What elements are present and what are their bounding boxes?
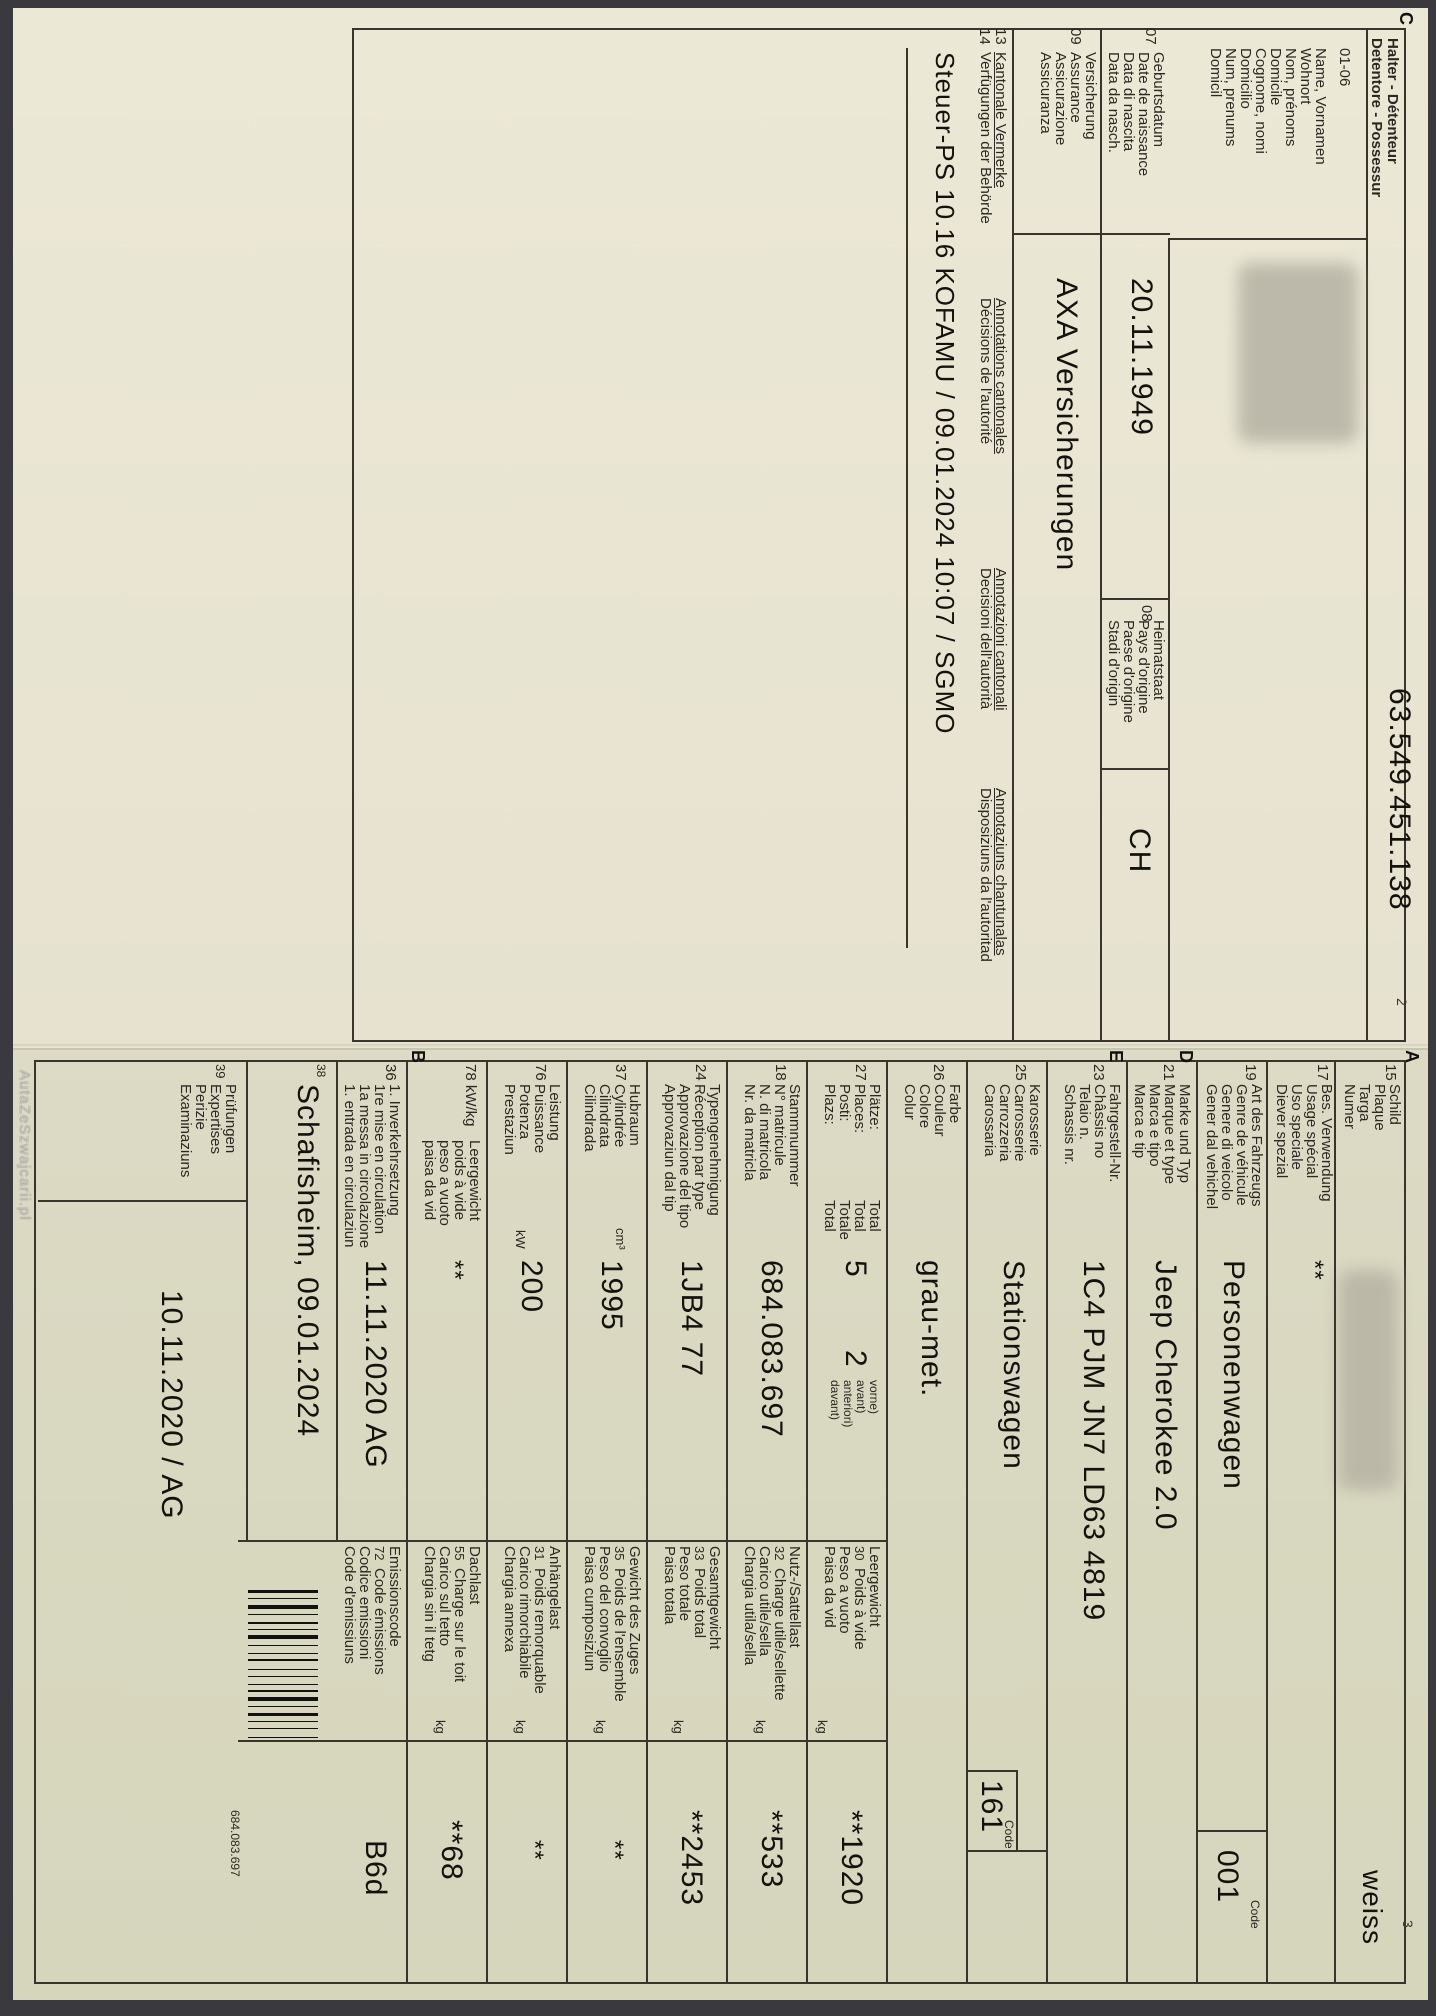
- label: Emissionscode: [387, 1546, 402, 1675]
- plate-color-value: weiss: [1356, 1870, 1388, 1945]
- total-weight-value: **2453: [674, 1810, 708, 1906]
- label: Nutz-/Sattellast: [787, 1546, 802, 1701]
- label: Gewicht des Zuges: [627, 1546, 642, 1702]
- body-labels: Karosserie Carrosserie Carrozzeria Caros…: [982, 1084, 1042, 1162]
- label: Bes. Verwendung: [1319, 1084, 1334, 1202]
- field-27-number: 27: [853, 1064, 868, 1081]
- field-78-label: 78 kW/kg: [463, 1064, 478, 1127]
- label: Date de naissance: [1136, 52, 1151, 176]
- trailer-load-labels: Anhängelast 31Poids remorquable Carico r…: [502, 1546, 562, 1694]
- first-registration-value: 11.11.2020 AG: [358, 1260, 392, 1469]
- label: Num, prenums: [1223, 48, 1238, 165]
- label: Telaio n.: [1077, 1084, 1092, 1182]
- label: Carico rimorchiabile: [517, 1546, 532, 1694]
- label: Prestaziun: [502, 1084, 517, 1155]
- divider: [1168, 238, 1368, 240]
- watermark: AutaZeSzwajcarii.pl: [16, 1070, 33, 1221]
- divider: [1046, 1060, 1048, 1982]
- label: Assicuranza: [1038, 52, 1053, 145]
- label: N° matricule: [772, 1084, 787, 1187]
- label: Cylindrée: [612, 1084, 627, 1152]
- vehicle-kind-code: 001: [1210, 1850, 1244, 1903]
- label: avant): [854, 1380, 867, 1427]
- label: 30Poids à vide: [852, 1546, 867, 1650]
- roof-load-value: **68: [434, 1820, 468, 1881]
- label: peso a vuoto: [437, 1140, 452, 1226]
- divider: [726, 1060, 728, 1982]
- field-25-number: 25: [1013, 1064, 1028, 1081]
- label: Marca e tipo: [1147, 1084, 1162, 1184]
- holder-frame: [352, 28, 1406, 1042]
- displacement-labels: Hubraum Cylindrée Cilindrata Cilindrada: [582, 1084, 642, 1152]
- insurance-value: AXA Versicherungen: [1049, 278, 1083, 571]
- cantonal-annotation-value: Steuer-PS 10.16 KOFAMU / 09.01.2024 10:0…: [929, 52, 960, 734]
- label: Total: [852, 1200, 867, 1240]
- matricule-value: 684.083.697: [754, 1260, 788, 1438]
- label: Expertises: [208, 1084, 223, 1177]
- label: Domicile: [1268, 48, 1283, 165]
- divider: [1012, 28, 1014, 1040]
- label: Chargia sin il tetg: [422, 1546, 437, 1682]
- divider: [966, 1770, 1018, 1772]
- label: Chargia annexa: [502, 1546, 517, 1694]
- label: Approvazione del tipo: [677, 1084, 692, 1228]
- section-letter-a: A: [1401, 1050, 1422, 1063]
- unit-kg: kg: [593, 1720, 608, 1734]
- redacted-holder-name: [1238, 263, 1358, 443]
- unit-kg: kg: [433, 1720, 448, 1734]
- label: Carico utile/sella: [757, 1546, 772, 1701]
- label: Art des Fahrzeugs: [1249, 1084, 1264, 1209]
- label: 1. entrada en circulaziun: [342, 1084, 357, 1248]
- field-24-number: 24: [693, 1064, 708, 1081]
- divider: [1196, 1060, 1198, 1982]
- unit-kg: kg: [513, 1720, 528, 1734]
- header-holder-it: Detentore - Possessur: [1369, 38, 1384, 197]
- code-label: Code: [1247, 1900, 1262, 1929]
- label: Paisa totala: [662, 1546, 677, 1649]
- place-date-value: Schafisheim, 09.01.2024: [290, 1084, 324, 1437]
- label: Fahrgestell-Nr.: [1107, 1084, 1122, 1182]
- label: Code d'emissiuns: [342, 1546, 357, 1675]
- body-code: 161: [974, 1780, 1008, 1833]
- divider: [646, 1060, 648, 1982]
- cantonal-label-it: Annotazioni cantonali Decisioni dell'aut…: [978, 568, 1008, 711]
- barcode: [248, 1590, 318, 1741]
- unit-cm3: cm³: [613, 1228, 628, 1250]
- payload-labels: Nutz-/Sattellast 32Charge utile/sellette…: [742, 1546, 802, 1701]
- label: Marque et type: [1162, 1084, 1177, 1184]
- label: Carico sul tetto: [437, 1546, 452, 1682]
- payload-value: **533: [754, 1810, 788, 1888]
- section-letter-b: B: [407, 1050, 428, 1063]
- body-value: Stationswagen: [996, 1260, 1030, 1470]
- label: Wohnort: [1298, 48, 1313, 165]
- label: Carrozzeria: [997, 1084, 1012, 1162]
- insurance-labels: Versicherung Assurance Assicurazione Ass…: [1038, 52, 1098, 145]
- label: Paese d'origine: [1121, 620, 1136, 723]
- label: Plazs:: [822, 1084, 837, 1133]
- label: 72Code émissions: [372, 1546, 387, 1675]
- special-use-labels: Bes. Verwendung Usage spécial Uso specia…: [1274, 1084, 1334, 1202]
- divider: [246, 1060, 248, 1540]
- label: Plätze:: [867, 1084, 882, 1133]
- label: Marke und Typ: [1177, 1084, 1192, 1184]
- cantonal-label-de: Kantonale Vermerke Verfügungen der Behör…: [978, 52, 1008, 224]
- label: Carossaria: [982, 1084, 997, 1162]
- field-09-number: 09: [1068, 28, 1083, 45]
- label: Nom, prénoms: [1283, 48, 1298, 165]
- divider: [1100, 233, 1170, 235]
- label: Paisa da vid: [822, 1546, 837, 1650]
- label: Geburtsdatum: [1151, 52, 1166, 176]
- label: Genre de véhicule: [1234, 1084, 1249, 1209]
- label: Targa: [1357, 1084, 1372, 1131]
- label: Couleur: [932, 1084, 947, 1137]
- field-21-number: 21: [1161, 1064, 1176, 1081]
- label: paisa da vid: [422, 1140, 437, 1226]
- label: Assicurazione: [1053, 52, 1068, 145]
- label: 35Poids de l'ensemble: [612, 1546, 627, 1702]
- divider: [1100, 28, 1102, 1040]
- label: Plaque: [1372, 1084, 1387, 1131]
- label: Total: [867, 1200, 882, 1240]
- label: Peso a vuoto: [837, 1546, 852, 1650]
- label: Stadi d'origin: [1106, 620, 1121, 723]
- unit-kg: kg: [815, 1720, 830, 1734]
- label: Cognome, nomi: [1253, 48, 1268, 165]
- label: Anhängelast: [547, 1546, 562, 1694]
- label: Cilindrata: [597, 1084, 612, 1152]
- field-38-number: 38: [313, 1064, 328, 1077]
- label: Colore: [917, 1084, 932, 1137]
- birth-labels: Geburtsdatum Date de naissance Data di n…: [1106, 52, 1166, 176]
- label: Codice emissioni: [357, 1546, 372, 1675]
- label: 31Poids remorquable: [532, 1546, 547, 1694]
- seats-total-value: 5: [838, 1260, 872, 1278]
- label: Name, Vornamen: [1313, 48, 1328, 165]
- signature-line: [906, 48, 908, 948]
- section-letter-d: D: [1175, 1050, 1196, 1063]
- first-registration-labels: 1. Inverkehrsetzung 1re mise en circulat…: [342, 1084, 402, 1248]
- divider: [1100, 768, 1170, 770]
- kwkg-labels: Leergewicht poids à vide peso a vuoto pa…: [422, 1140, 482, 1226]
- field-19-number: 19: [1243, 1064, 1258, 1081]
- page-holder: 2 C Halter - Détenteur Detentore - Posse…: [13, 8, 1428, 1048]
- label: Heimatstaat: [1151, 620, 1166, 723]
- field-14-number: 14: [977, 28, 992, 45]
- label: Decisioni dell'autorità: [978, 568, 993, 711]
- label: Domicilio: [1238, 48, 1253, 165]
- emission-labels: Emissionscode 72Code émissions Codice em…: [342, 1546, 402, 1675]
- label: Hubraum: [627, 1084, 642, 1152]
- label: 1. Inverkehrsetzung: [387, 1084, 402, 1248]
- label: Dachlast: [467, 1546, 482, 1682]
- divider: [336, 1060, 338, 1540]
- label: Stammnummer: [787, 1084, 802, 1187]
- document-spread: 2 C Halter - Détenteur Detentore - Posse…: [0, 0, 1436, 2016]
- header-holder-de: Halter - Détenteur: [1385, 38, 1400, 164]
- divider: [1100, 598, 1170, 600]
- divider: [38, 1200, 248, 1202]
- label: 1re mise en circulation: [372, 1084, 387, 1248]
- label: Annotaziuns chantunalas: [993, 788, 1008, 962]
- label: Posti:: [837, 1084, 852, 1133]
- exam-value: 10.11.2020 / AG: [154, 1290, 188, 1520]
- label: Annotations cantonales: [993, 298, 1008, 454]
- label: Domicil: [1208, 48, 1223, 165]
- displacement-value: 1995: [594, 1260, 628, 1331]
- label: Versicherung: [1083, 52, 1098, 145]
- unit-kg: kg: [671, 1720, 686, 1734]
- label: Data da nasch.: [1106, 52, 1121, 176]
- train-weight-value: **: [600, 1840, 628, 1861]
- field-13-number: 13: [993, 28, 1008, 45]
- type-approval-labels: Typengenehmigung Réception par type Appr…: [662, 1084, 722, 1228]
- label: Annotazioni cantonali: [993, 568, 1008, 711]
- name-labels: Name, Vornamen Wohnort Nom, prénoms Domi…: [1208, 48, 1328, 165]
- divider: [886, 1060, 888, 1982]
- origin-labels: Heimatstaat Pays d'origine Paese d'origi…: [1106, 620, 1166, 723]
- cantonal-label-fr: Annotations cantonales Décisions de l'au…: [978, 298, 1008, 454]
- label: Potenza: [517, 1084, 532, 1155]
- label: Pays d'origine: [1136, 620, 1151, 723]
- color-value: grau-met.: [914, 1260, 948, 1397]
- field-37-number: 37: [613, 1064, 628, 1081]
- label: davant): [828, 1380, 841, 1427]
- field-23-number: 23: [1091, 1064, 1106, 1081]
- matricule-labels: Stammnummer N° matricule N. di matricola…: [742, 1084, 802, 1187]
- label: Gesamtgewicht: [707, 1546, 722, 1649]
- label: Karosserie: [1027, 1084, 1042, 1162]
- label: 32Charge utile/sellette: [772, 1546, 787, 1701]
- label: Chargia utila/sella: [742, 1546, 757, 1701]
- divider: [566, 1060, 568, 1982]
- field-01-06-number: 01-06: [1337, 48, 1352, 86]
- divider: [1168, 238, 1170, 1040]
- divider: [1016, 1770, 1018, 1850]
- page-vehicle: 3 A 15 Schild Plaque Targa Numer weiss 1…: [13, 1048, 1428, 2000]
- label: Assurance: [1068, 52, 1083, 145]
- label: Data di nascita: [1121, 52, 1136, 176]
- field-26-number: 26: [931, 1064, 946, 1081]
- type-approval-value: 1JB4 77: [674, 1260, 708, 1377]
- label: vorne): [867, 1380, 880, 1427]
- divider: [238, 1740, 888, 1742]
- field-39-number: 39: [213, 1064, 228, 1078]
- trailer-load-value: **: [520, 1840, 548, 1861]
- label: Paisa cumposiziun: [582, 1546, 597, 1702]
- power-value: 200: [514, 1260, 548, 1313]
- field-18-number: 18: [773, 1064, 788, 1081]
- field-17-number: 17: [1315, 1064, 1330, 1081]
- special-use-value: **: [1300, 1260, 1328, 1281]
- emission-code-value: B6d: [358, 1840, 392, 1896]
- label: Leergewicht: [467, 1140, 482, 1226]
- section-letter-c: C: [1395, 12, 1416, 25]
- divider: [1012, 233, 1102, 235]
- label: Approvaziun dal tip: [662, 1084, 677, 1228]
- roof-load-labels: Dachlast 55Charge sur le toit Carico sul…: [422, 1546, 482, 1682]
- label: Uso speciale: [1289, 1084, 1304, 1202]
- field-76-number: 76: [533, 1064, 548, 1081]
- label: Leistung: [547, 1084, 562, 1155]
- make-labels: Marke und Typ Marque et type Marca e tip…: [1132, 1084, 1192, 1184]
- label: Décisions de l'autorité: [978, 298, 993, 454]
- label: 55Charge sur le toit: [452, 1546, 467, 1682]
- label: Schild: [1387, 1084, 1402, 1131]
- seats-total-labels: Total Total Totale Total: [822, 1200, 882, 1240]
- barcode-number: 684.083.697: [227, 1810, 242, 1877]
- divider: [966, 1850, 1048, 1852]
- exam-labels: Prüfungen Expertises Perizie Examinaziun…: [178, 1084, 238, 1177]
- unit-kg: kg: [753, 1720, 768, 1734]
- label: Places:: [852, 1084, 867, 1133]
- label: Kantonale Vermerke: [993, 52, 1008, 224]
- vehicle-kind-value: Personenwagen: [1216, 1260, 1250, 1490]
- label: Verfügungen der Behörde: [978, 52, 993, 224]
- cantonal-label-rm: Annotaziuns chantunalas Disposiziuns da …: [978, 788, 1008, 962]
- label: Numer: [1342, 1084, 1357, 1131]
- label: Réception par type: [692, 1084, 707, 1228]
- color-labels: Farbe Couleur Colore Colur: [902, 1084, 962, 1137]
- train-weight-labels: Gewicht des Zuges 35Poids de l'ensemble …: [582, 1546, 642, 1702]
- divider: [406, 1060, 408, 1982]
- label: Genere di veicolo: [1219, 1084, 1234, 1209]
- vehicle-kind-labels: Art des Fahrzeugs Genre de véhicule Gene…: [1204, 1084, 1264, 1209]
- label: Leergewicht: [867, 1546, 882, 1650]
- seats-front-labels: vorne) avant) anteriori) davant): [828, 1380, 880, 1427]
- field-07-number: 07: [1143, 28, 1158, 45]
- label: Disposiziuns da l'autoritad: [978, 788, 993, 962]
- label: Farbe: [947, 1084, 962, 1137]
- label: Châssis no: [1092, 1084, 1107, 1182]
- label: Diever spezial: [1274, 1084, 1289, 1202]
- chassis-labels: Fahrgestell-Nr. Châssis no Telaio n. Sch…: [1062, 1084, 1122, 1182]
- kwkg-value: **: [440, 1260, 468, 1281]
- label: Total: [822, 1200, 837, 1240]
- total-weight-labels: Gesamtgewicht 33Poids total Peso totale …: [662, 1546, 722, 1649]
- label: Schassis nr.: [1062, 1084, 1077, 1182]
- field-36-number: 36: [383, 1064, 398, 1081]
- birth-date-value: 20.11.1949: [1124, 278, 1158, 436]
- label: Puissance: [532, 1084, 547, 1155]
- label: Peso del convoglio: [597, 1546, 612, 1702]
- seats-labels: Plätze: Places: Posti: Plazs:: [822, 1084, 882, 1133]
- label: Totale: [837, 1200, 852, 1240]
- label: Examinaziuns: [178, 1084, 193, 1177]
- make-value: Jeep Cherokee 2.0: [1148, 1260, 1182, 1531]
- label: Marca e tip: [1132, 1084, 1147, 1184]
- unit-kw: kW: [513, 1230, 528, 1249]
- origin-country-value: CH: [1122, 828, 1156, 873]
- holder-id-number: 63.549.451.138: [1382, 688, 1416, 911]
- field-15-number: 15: [1383, 1064, 1398, 1081]
- divider: [966, 1060, 968, 1982]
- divider: [238, 1540, 888, 1542]
- divider: [1126, 1060, 1128, 1982]
- label: Prüfungen: [223, 1084, 238, 1177]
- plate-labels: Schild Plaque Targa Numer: [1342, 1084, 1402, 1131]
- divider: [806, 1060, 808, 1982]
- label: Gener dal vehichel: [1204, 1084, 1219, 1209]
- redacted-plate-number: [1338, 1270, 1398, 1490]
- label: Cilindrada: [582, 1084, 597, 1152]
- label: Carrosserie: [1012, 1084, 1027, 1162]
- label: N. di matricola: [757, 1084, 772, 1187]
- chassis-value: 1C4 PJM JN7 LD63 4819: [1076, 1260, 1110, 1621]
- label: Colur: [902, 1084, 917, 1137]
- label: Typengenehmigung: [707, 1084, 722, 1228]
- empty-weight-value: **1920: [834, 1810, 868, 1906]
- registration-paper: 2 C Halter - Détenteur Detentore - Posse…: [13, 8, 1428, 1998]
- seats-front-value: 2: [838, 1350, 872, 1368]
- section-letter-e: E: [1105, 1050, 1126, 1062]
- label: Perizie: [193, 1084, 208, 1177]
- divider: [1196, 1830, 1268, 1832]
- divider: [1266, 1060, 1268, 1982]
- divider: [486, 1060, 488, 1982]
- label: anteriori): [841, 1380, 854, 1427]
- label: 1a messa in circolazione: [357, 1084, 372, 1248]
- power-labels: Leistung Puissance Potenza Prestaziun: [502, 1084, 562, 1155]
- label: Nr. da matricla: [742, 1084, 757, 1187]
- label: 33Poids total: [692, 1546, 707, 1649]
- empty-weight-labels: Leergewicht 30Poids à vide Peso a vuoto …: [822, 1546, 882, 1650]
- label: Peso totale: [677, 1546, 692, 1649]
- label: poids à vide: [452, 1140, 467, 1226]
- label: Usage spécial: [1304, 1084, 1319, 1202]
